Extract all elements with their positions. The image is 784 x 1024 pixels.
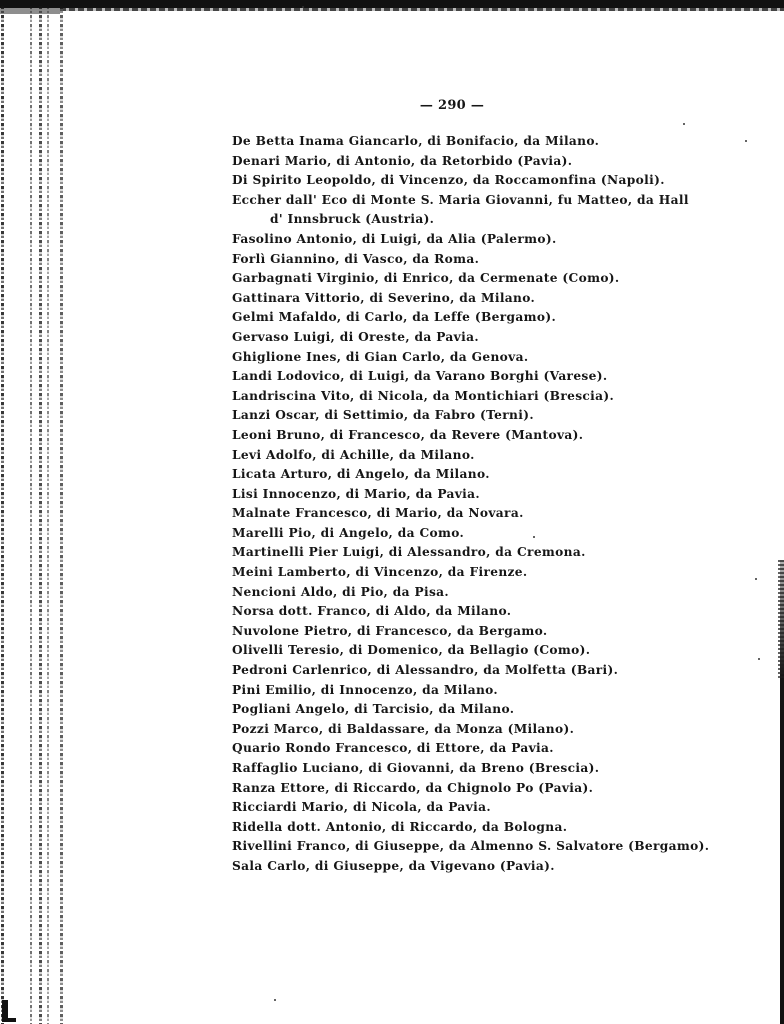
entry-text: De Betta Inama Giancarlo, di Bonifacio, … bbox=[232, 134, 599, 148]
list-item: Quario Rondo Francesco, di Ettore, da Pa… bbox=[232, 739, 682, 759]
list-item: Leoni Bruno, di Francesco, da Revere (Ma… bbox=[232, 426, 682, 446]
entry-text: Garbagnati Virginio, di Enrico, da Cerme… bbox=[232, 271, 620, 285]
entry-text: Levi Adolfo, di Achille, da Milano. bbox=[232, 448, 475, 462]
list-item: Pini Emilio, di Innocenzo, da Milano. bbox=[232, 681, 682, 701]
entry-text: Ranza Ettore, di Riccardo, da Chignolo P… bbox=[232, 781, 593, 795]
list-item: Raffaglio Luciano, di Giovanni, da Breno… bbox=[232, 759, 682, 779]
entry-text: Pozzi Marco, di Baldassare, da Monza (Mi… bbox=[232, 722, 574, 736]
entry-text: Leoni Bruno, di Francesco, da Revere (Ma… bbox=[232, 428, 583, 442]
list-item: Nencioni Aldo, di Pio, da Pisa. bbox=[232, 583, 682, 603]
entry-text: Nencioni Aldo, di Pio, da Pisa. bbox=[232, 585, 449, 599]
list-item: Gattinara Vittorio, di Severino, da Mila… bbox=[232, 289, 682, 309]
list-item: Pogliani Angelo, di Tarcisio, da Milano. bbox=[232, 700, 682, 720]
scan-right-edge-texture bbox=[778, 560, 784, 680]
list-item: Rivellini Franco, di Giuseppe, da Almenn… bbox=[232, 837, 682, 857]
list-item: Ranza Ettore, di Riccardo, da Chignolo P… bbox=[232, 779, 682, 799]
list-item: Norsa dott. Franco, di Aldo, da Milano. bbox=[232, 602, 682, 622]
entry-continuation: d' Innsbruck (Austria). bbox=[232, 210, 682, 230]
entry-text: Pogliani Angelo, di Tarcisio, da Milano. bbox=[232, 702, 514, 716]
entry-text: Raffaglio Luciano, di Giovanni, da Breno… bbox=[232, 761, 599, 775]
entry-text: Ridella dott. Antonio, di Riccardo, da B… bbox=[232, 820, 567, 834]
entry-text: Norsa dott. Franco, di Aldo, da Milano. bbox=[232, 604, 511, 618]
list-item: Lanzi Oscar, di Settimio, da Fabro (Tern… bbox=[232, 406, 682, 426]
list-item: Eccher dall' Eco di Monte S. Maria Giova… bbox=[232, 191, 682, 230]
scan-speck bbox=[755, 578, 757, 580]
scan-speck bbox=[302, 6, 304, 8]
entry-text: Ghiglione Ines, di Gian Carlo, da Genova… bbox=[232, 350, 528, 364]
list-item: Pedroni Carlenrico, di Alessandro, da Mo… bbox=[232, 661, 682, 681]
list-item: Licata Arturo, di Angelo, da Milano. bbox=[232, 465, 682, 485]
entry-text: Fasolino Antonio, di Luigi, da Alia (Pal… bbox=[232, 232, 557, 246]
binding-line bbox=[30, 6, 32, 1024]
entry-text: Di Spirito Leopoldo, di Vincenzo, da Roc… bbox=[232, 173, 665, 187]
list-item: Levi Adolfo, di Achille, da Milano. bbox=[232, 446, 682, 466]
entry-text: Forlì Giannino, di Vasco, da Roma. bbox=[232, 252, 479, 266]
name-list: De Betta Inama Giancarlo, di Bonifacio, … bbox=[232, 132, 682, 877]
entry-text: Eccher dall' Eco di Monte S. Maria Giova… bbox=[232, 193, 689, 207]
entry-text: Marelli Pio, di Angelo, da Como. bbox=[232, 526, 464, 540]
list-item: Martinelli Pier Luigi, di Alessandro, da… bbox=[232, 543, 682, 563]
entry-text: Lanzi Oscar, di Settimio, da Fabro (Tern… bbox=[232, 408, 534, 422]
entry-text: Meini Lamberto, di Vincenzo, da Firenze. bbox=[232, 565, 528, 579]
entry-text: Ricciardi Mario, di Nicola, da Pavia. bbox=[232, 800, 491, 814]
list-item: Ridella dott. Antonio, di Riccardo, da B… bbox=[232, 818, 682, 838]
entry-text: Rivellini Franco, di Giuseppe, da Almenn… bbox=[232, 839, 709, 853]
entry-text: Gervaso Luigi, di Oreste, da Pavia. bbox=[232, 330, 479, 344]
scan-speck bbox=[745, 140, 747, 142]
scan-top-rule bbox=[60, 8, 784, 11]
list-item: Gelmi Mafaldo, di Carlo, da Leffe (Berga… bbox=[232, 308, 682, 328]
entry-text: Landriscina Vito, di Nicola, da Montichi… bbox=[232, 389, 614, 403]
book-binding-shadow bbox=[0, 0, 66, 1024]
list-item: Meini Lamberto, di Vincenzo, da Firenze. bbox=[232, 563, 682, 583]
list-item: Nuvolone Pietro, di Francesco, da Bergam… bbox=[232, 622, 682, 642]
list-item: Olivelli Teresio, di Domenico, da Bellag… bbox=[232, 641, 682, 661]
entry-text: Sala Carlo, di Giuseppe, da Vigevano (Pa… bbox=[232, 859, 555, 873]
binding-line bbox=[39, 6, 42, 1024]
list-item: Landi Lodovico, di Luigi, da Varano Borg… bbox=[232, 367, 682, 387]
list-item: Landriscina Vito, di Nicola, da Montichi… bbox=[232, 387, 682, 407]
scan-speck bbox=[758, 658, 760, 660]
list-item: Lisi Innocenzo, di Mario, da Pavia. bbox=[232, 485, 682, 505]
entry-text: Pini Emilio, di Innocenzo, da Milano. bbox=[232, 683, 498, 697]
scan-speck bbox=[274, 999, 276, 1001]
entry-text: Martinelli Pier Luigi, di Alessandro, da… bbox=[232, 545, 586, 559]
scan-speck bbox=[683, 123, 685, 125]
list-item: Di Spirito Leopoldo, di Vincenzo, da Roc… bbox=[232, 171, 682, 191]
entry-text: Olivelli Teresio, di Domenico, da Bellag… bbox=[232, 643, 590, 657]
page-number: — 290 — bbox=[0, 98, 784, 113]
list-item: Garbagnati Virginio, di Enrico, da Cerme… bbox=[232, 269, 682, 289]
binding-line bbox=[1, 6, 4, 1024]
list-item: Fasolino Antonio, di Luigi, da Alia (Pal… bbox=[232, 230, 682, 250]
entry-text: Malnate Francesco, di Mario, da Novara. bbox=[232, 506, 524, 520]
list-item: Sala Carlo, di Giuseppe, da Vigevano (Pa… bbox=[232, 857, 682, 877]
entry-text: Quario Rondo Francesco, di Ettore, da Pa… bbox=[232, 741, 554, 755]
list-item: Ghiglione Ines, di Gian Carlo, da Genova… bbox=[232, 348, 682, 368]
entry-text: Gattinara Vittorio, di Severino, da Mila… bbox=[232, 291, 535, 305]
scan-top-edge bbox=[0, 0, 784, 8]
entry-text: Denari Mario, di Antonio, da Retorbido (… bbox=[232, 154, 572, 168]
list-item: Malnate Francesco, di Mario, da Novara. bbox=[232, 504, 682, 524]
entry-text: Pedroni Carlenrico, di Alessandro, da Mo… bbox=[232, 663, 618, 677]
entry-text: Nuvolone Pietro, di Francesco, da Bergam… bbox=[232, 624, 547, 638]
list-item: Gervaso Luigi, di Oreste, da Pavia. bbox=[232, 328, 682, 348]
list-item: Pozzi Marco, di Baldassare, da Monza (Mi… bbox=[232, 720, 682, 740]
scan-corner-mark bbox=[2, 1000, 8, 1022]
binding-line bbox=[47, 6, 49, 1024]
list-item: Forlì Giannino, di Vasco, da Roma. bbox=[232, 250, 682, 270]
entry-text: Gelmi Mafaldo, di Carlo, da Leffe (Berga… bbox=[232, 310, 556, 324]
entry-text: Landi Lodovico, di Luigi, da Varano Borg… bbox=[232, 369, 607, 383]
binding-line bbox=[60, 6, 63, 1024]
list-item: Denari Mario, di Antonio, da Retorbido (… bbox=[232, 152, 682, 172]
entry-text: Licata Arturo, di Angelo, da Milano. bbox=[232, 467, 490, 481]
list-item: Marelli Pio, di Angelo, da Como. bbox=[232, 524, 682, 544]
entry-text: Lisi Innocenzo, di Mario, da Pavia. bbox=[232, 487, 480, 501]
list-item: De Betta Inama Giancarlo, di Bonifacio, … bbox=[232, 132, 682, 152]
list-item: Ricciardi Mario, di Nicola, da Pavia. bbox=[232, 798, 682, 818]
